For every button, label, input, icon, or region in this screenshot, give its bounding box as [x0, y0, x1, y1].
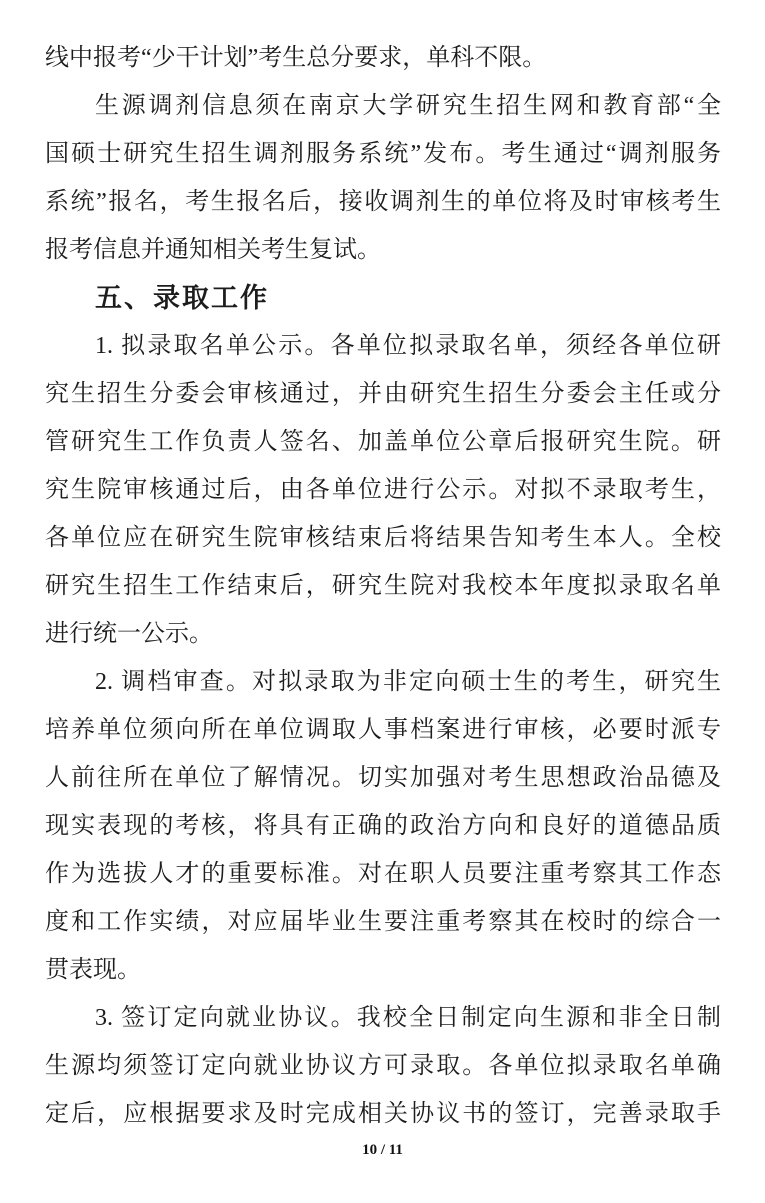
text-line: 系统”报名，考生报名后，接收调剂生的单位将及时审核考生 — [45, 178, 721, 226]
paragraph-start-line: 生源调剂信息须在南京大学研究生招生网和教育部“全 — [45, 82, 721, 130]
text-line: 各单位应在研究生院审核结束后将结果告知考生本人。全校 — [45, 514, 721, 562]
text-line: 管研究生工作负责人签名、加盖单位公章后报研究生院。研 — [45, 418, 721, 466]
paragraph-end-line: 报考信息并通知相关考生复试。 — [45, 226, 721, 274]
text-line: 现实表现的考核，将具有正确的政治方向和良好的道德品质 — [45, 802, 721, 850]
text-line: 作为选拔人才的重要标准。对在职人员要注重考察其工作态 — [45, 850, 721, 898]
text-line: 究生招生分委会审核通过，并由研究生招生分委会主任或分 — [45, 370, 721, 418]
document-page: 线中报考“少干计划”考生总分要求，单科不限。生源调剂信息须在南京大学研究生招生网… — [0, 0, 765, 1203]
text-line: 定后，应根据要求及时完成相关协议书的签订，完善录取手 — [45, 1090, 721, 1138]
paragraph-end-line: 进行统一公示。 — [45, 610, 721, 658]
text-line: 培养单位须向所在单位调取人事档案进行审核，必要时派专 — [45, 706, 721, 754]
paragraph-start-line: 3. 签订定向就业协议。我校全日制定向生源和非全日制 — [45, 994, 721, 1042]
text-line: 度和工作实绩，对应届毕业生要注重考察其在校时的综合一 — [45, 898, 721, 946]
section-heading: 五、录取工作 — [45, 274, 721, 322]
text-line: 生源均须签订定向就业协议方可录取。各单位拟录取名单确 — [45, 1042, 721, 1090]
page-number: 10 / 11 — [0, 1142, 765, 1159]
text-line: 研究生招生工作结束后，研究生院对我校本年度拟录取名单 — [45, 562, 721, 610]
text-line: 究生院审核通过后，由各单位进行公示。对拟不录取考生， — [45, 466, 721, 514]
document-body: 线中报考“少干计划”考生总分要求，单科不限。生源调剂信息须在南京大学研究生招生网… — [45, 34, 721, 1138]
text-line: 人前往所在单位了解情况。切实加强对考生思想政治品德及 — [45, 754, 721, 802]
paragraph-end-line: 线中报考“少干计划”考生总分要求，单科不限。 — [45, 34, 721, 82]
paragraph-start-line: 2. 调档审查。对拟录取为非定向硕士生的考生，研究生 — [45, 658, 721, 706]
paragraph-start-line: 1. 拟录取名单公示。各单位拟录取名单，须经各单位研 — [45, 322, 721, 370]
text-line: 国硕士研究生招生调剂服务系统”发布。考生通过“调剂服务 — [45, 130, 721, 178]
paragraph-end-line: 贯表现。 — [45, 946, 721, 994]
